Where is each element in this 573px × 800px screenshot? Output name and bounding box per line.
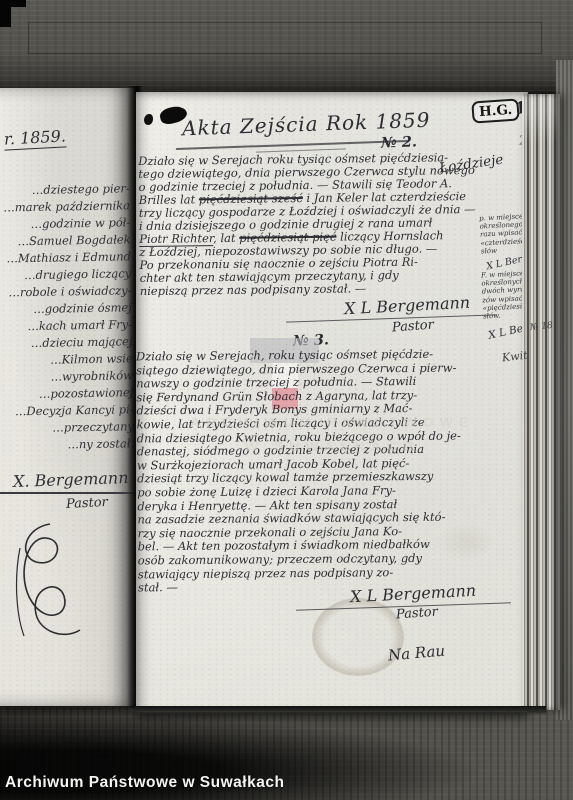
edge-writing-top: № 18	[530, 321, 554, 333]
act3-paragraph: Działo się w Serejach, roku tysiąc ośmse…	[136, 348, 462, 596]
left-page-text: …dziestego pier-…marek października…godz…	[0, 180, 134, 455]
left-page-signature: X. Bergemann	[12, 468, 128, 491]
signature-flourish	[6, 518, 92, 648]
ink-blot-small	[144, 114, 153, 125]
act2-signature-role: Pastor	[392, 318, 435, 336]
archive-watermark: Archiwum Państwowe w Suwałkach	[5, 774, 284, 792]
title-underline	[176, 140, 408, 150]
act3-extra-signature: Na Rau	[387, 642, 445, 665]
edge-writing-bottom: Kwit	[501, 349, 528, 365]
book-bottom-edge-shadow	[134, 706, 546, 715]
page-stack-edge: № 18 Kwit	[522, 94, 560, 710]
left-page-signature-rule	[0, 492, 134, 494]
act2-signature: X L Bergemann	[344, 293, 471, 319]
left-page-heading: r. 1859.	[3, 126, 66, 150]
left-page: r. 1859. …dziestego pier-…marek paździer…	[0, 88, 134, 706]
faint-watermark-line1: ARCHIWUM PAŃSTWOWE	[136, 414, 528, 430]
act2-number: № 2.	[381, 133, 418, 151]
act2-paragraph: Działo się w Serejach roku tysiąc ośmset…	[138, 151, 476, 298]
faint-watermark-line2: W SUWAŁKACH	[136, 438, 528, 454]
paper-stain-soft	[436, 522, 496, 562]
archival-scan-photo: r. 1859. …dziestego pier-…marek paździer…	[0, 0, 573, 800]
act3-signature-role: Pastor	[396, 605, 439, 623]
left-page-line: …ny został.	[0, 435, 134, 455]
backdrop-faint-rule	[28, 22, 542, 54]
main-page: Akta Zejścia Rok 1859 H.G. 11 21 № 2. Ło…	[136, 92, 528, 712]
film-corner-mark-2	[0, 0, 26, 7]
left-page-signature-role: Pastor	[66, 495, 109, 512]
backdrop-top-cloth	[0, 0, 573, 94]
